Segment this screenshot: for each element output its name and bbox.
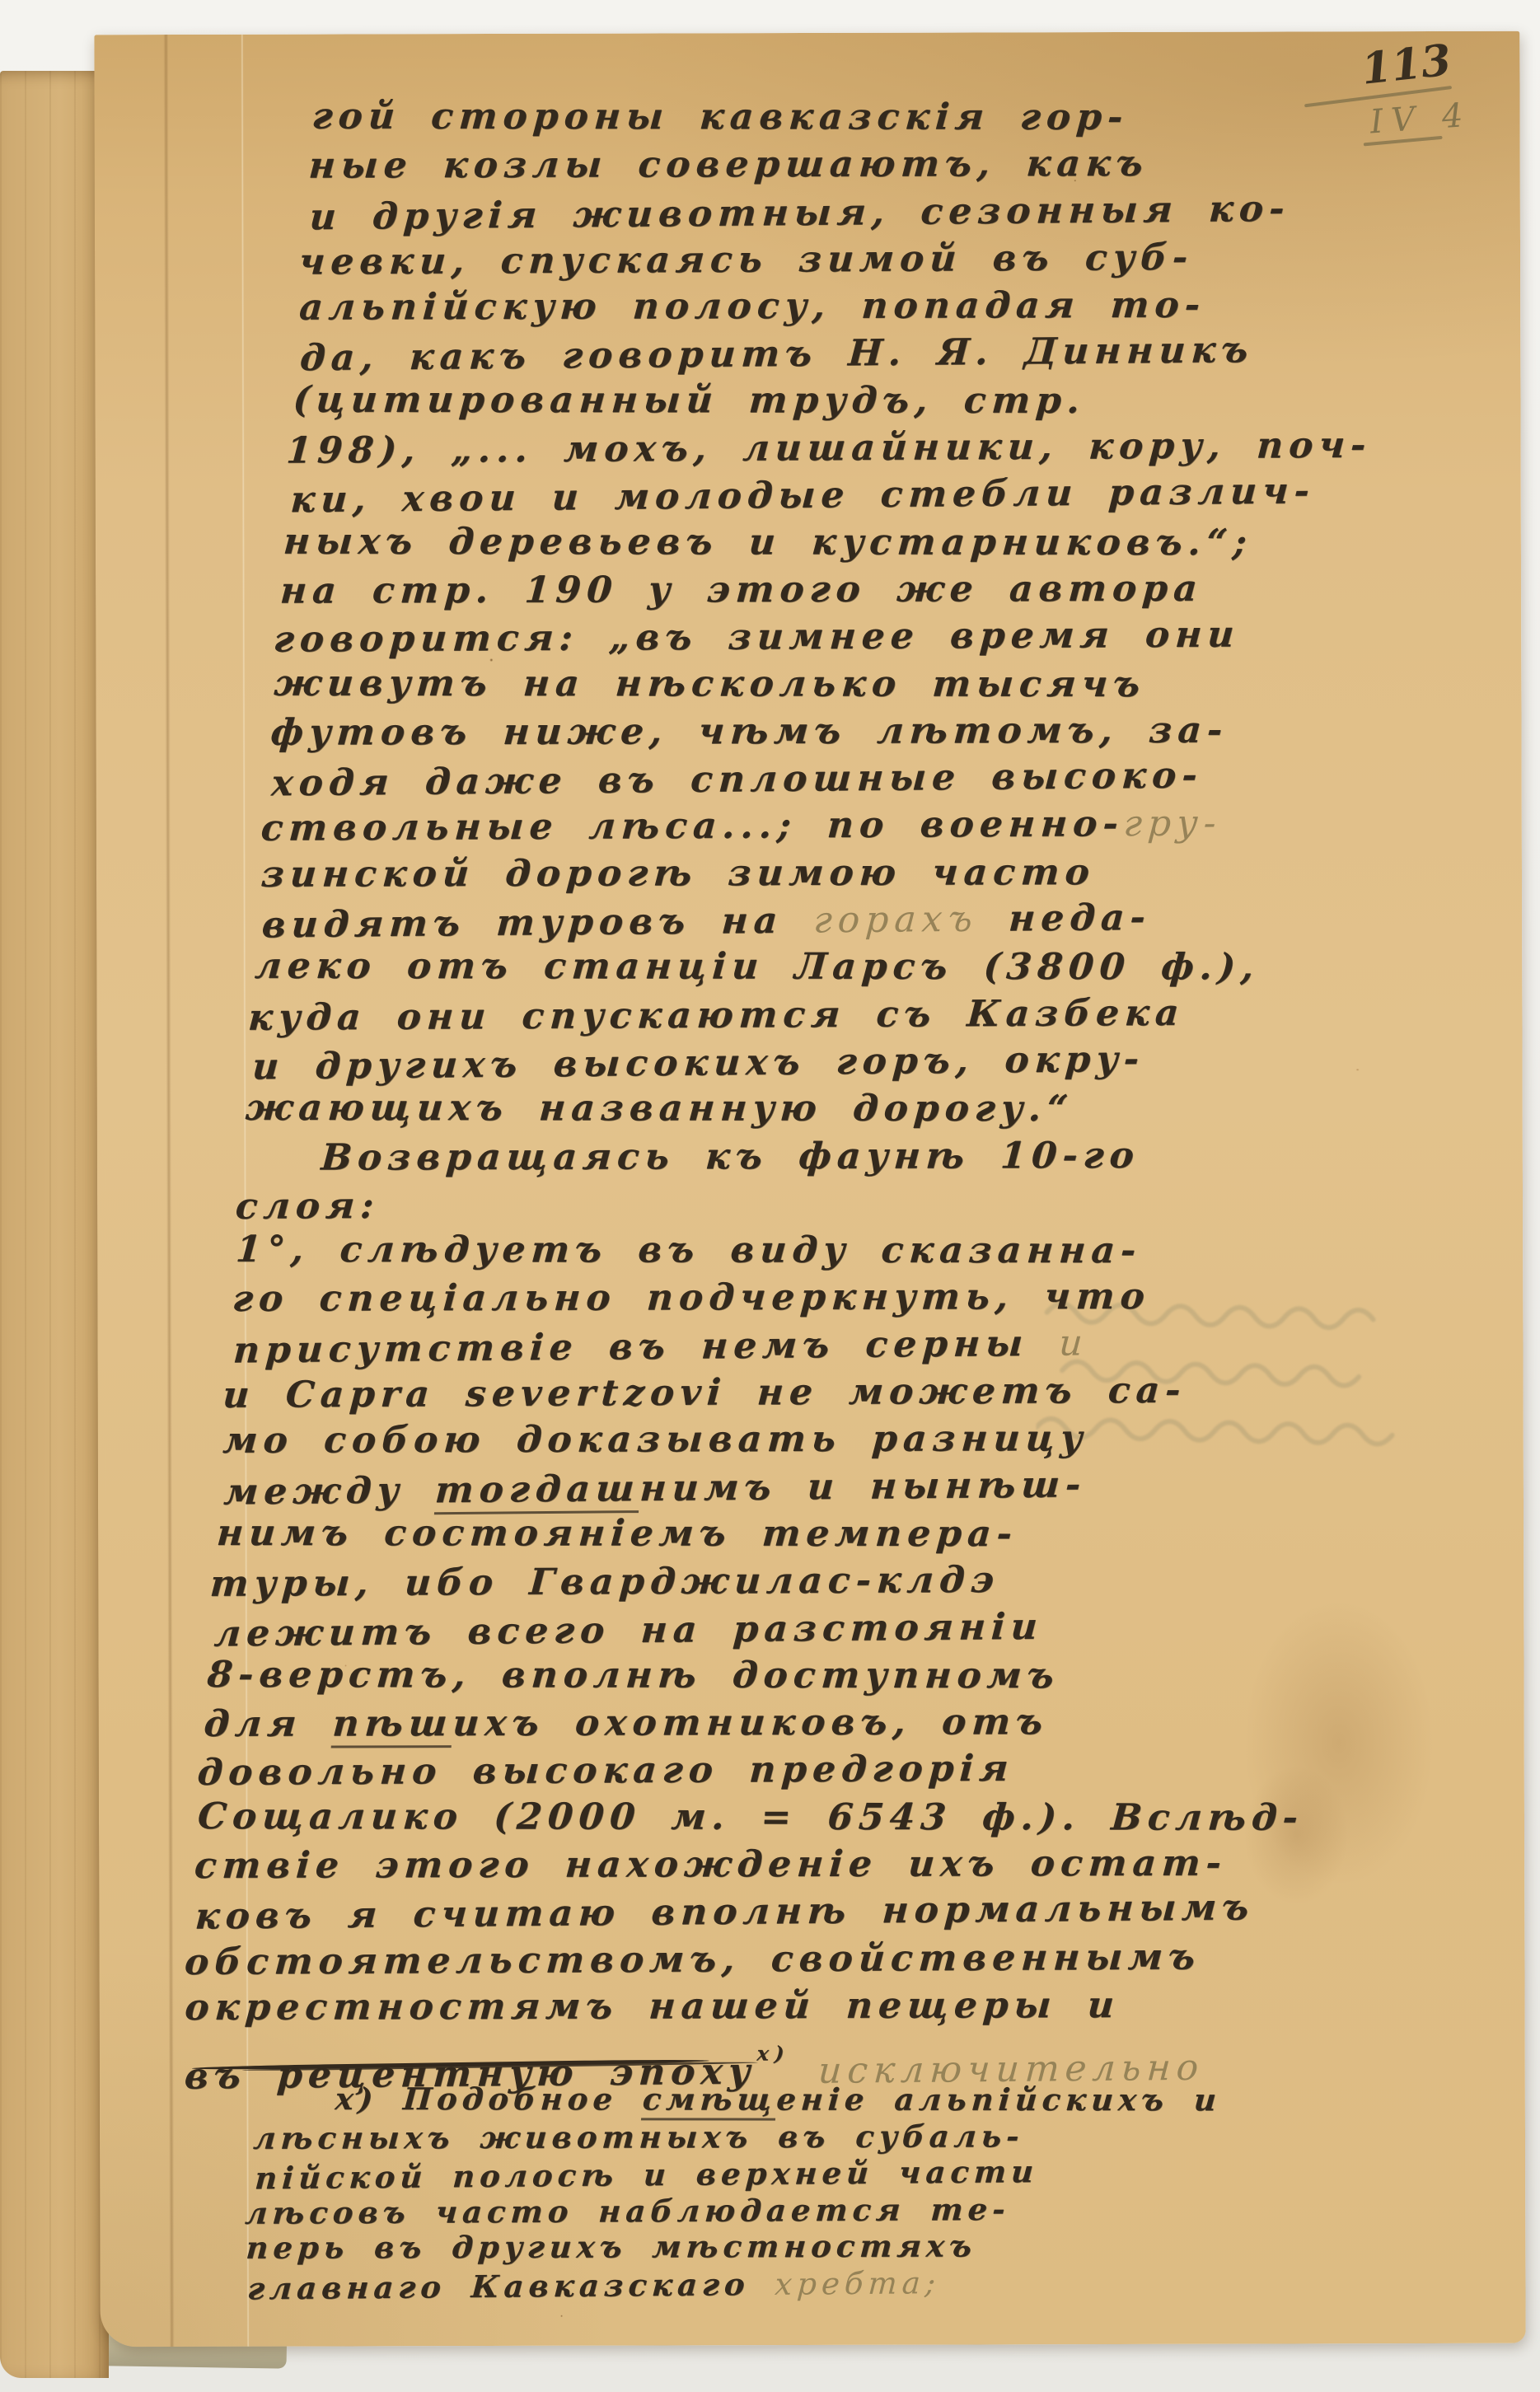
handwritten-line: (цитированный трудъ, стр. bbox=[292, 376, 1526, 424]
ink-text: леко отъ станціи Ларсъ (3800 ф.), bbox=[254, 945, 1261, 988]
handwritten-line: леко отъ станціи Ларсъ (3800 ф.), bbox=[253, 943, 1509, 991]
ink-text: для bbox=[203, 1703, 335, 1745]
handwritten-line: между тогдашнимъ и нынѣш- bbox=[222, 1458, 1478, 1516]
ink-text: го спеціально подчеркнуть, что bbox=[232, 1276, 1152, 1320]
handwritten-line: ныхъ деревьевъ и кустарниковъ.“; bbox=[282, 517, 1525, 566]
ink-text: 8-верстъ, вполнѣ доступномъ bbox=[206, 1654, 1061, 1697]
ink-text: лежитъ всего на разстояніи bbox=[213, 1605, 1044, 1655]
ink-text: Capra severtzovi bbox=[284, 1372, 728, 1416]
handwritten-line: чевки, спускаясь зимой въ суб- bbox=[297, 232, 1525, 286]
ink-text: лѣсныхъ животныхъ въ субаль- bbox=[252, 2118, 1025, 2156]
handwritten-line: Возвращаясь къ фаунѣ 10-го bbox=[241, 1130, 1496, 1181]
manuscript-page: 113 IV 4 гой стороны кавказскія гор-ные … bbox=[94, 31, 1525, 2348]
ink-text: ствіе этого нахожденіе ихъ остат- bbox=[193, 1842, 1228, 1887]
ink-text: на стр. 190 у этого же автора bbox=[279, 568, 1204, 612]
handwritten-line: гой стороны кавказскія гор- bbox=[311, 93, 1526, 142]
ink-text: ходя даже въ сплошные высоко- bbox=[270, 755, 1204, 805]
ink-text: слоя: bbox=[234, 1185, 381, 1228]
ink-text: чевки, спускаясь зимой въ суб- bbox=[297, 236, 1194, 283]
ink-text: тогдаш bbox=[433, 1467, 641, 1514]
handwritten-line: живутъ на нѣсколько тысячъ bbox=[273, 659, 1526, 708]
pencil-text: и bbox=[1058, 1322, 1089, 1364]
handwritten-line: нимъ состояніемъ темпера- bbox=[215, 1510, 1471, 1558]
handwritten-line: ствольные лѣса...; по военно-гру- bbox=[260, 798, 1515, 852]
ink-text: нимъ состояніемъ темпера- bbox=[215, 1512, 1018, 1555]
ink-text: ныхъ деревьевъ и кустарниковъ.“; bbox=[282, 520, 1253, 563]
handwritten-line: ные козлы совершаютъ, какъ bbox=[307, 139, 1526, 190]
ink-text: говорится: „въ зимнее время они bbox=[273, 614, 1242, 661]
ink-text: пійской полосѣ и верхней части bbox=[254, 2153, 1039, 2196]
ink-text: ки, хвои и молодые стебли различ- bbox=[289, 470, 1316, 522]
page-number: 113 bbox=[1359, 35, 1453, 94]
handwritten-line: куда они спускаются съ Казбека bbox=[246, 987, 1502, 1041]
ink-text: 198), „... мохъ, лишайники, кору, поч- bbox=[285, 424, 1373, 472]
handwritten-line: ковъ я считаю вполнѣ нормальнымъ bbox=[194, 1883, 1449, 1941]
handwritten-line: перь въ другихъ мѣстностяхъ bbox=[245, 2226, 1500, 2266]
ink-text: перь въ другихъ мѣстностяхъ bbox=[245, 2227, 977, 2265]
ink-text: и другія животныя, сезонныя ко- bbox=[308, 187, 1291, 237]
handwritten-line: жающихъ названную дорогу.“ bbox=[244, 1084, 1500, 1133]
binding-fold-margin bbox=[0, 71, 109, 2378]
ink-text: обстоятельствомъ, свойственнымъ bbox=[184, 1936, 1202, 1982]
ink-text: пѣш bbox=[331, 1702, 454, 1748]
handwritten-line: и другихъ высокихъ горъ, окру- bbox=[251, 1032, 1507, 1091]
handwritten-line: х) Подобное смѣщеніе альпійскихъ и bbox=[255, 2081, 1510, 2118]
ink-text: ихъ охотниковъ, отъ bbox=[452, 1701, 1050, 1744]
ink-text: лѣсовъ часто наблюдается те- bbox=[244, 2190, 1011, 2231]
handwritten-line: присутствіе въ немъ серны и bbox=[232, 1316, 1487, 1374]
handwritten-line: 8-верстъ, вполнѣ доступномъ bbox=[206, 1651, 1462, 1700]
ink-text: гой стороны кавказскія гор- bbox=[311, 96, 1130, 138]
ink-text: да, какъ говоритъ Н. Я. Динникъ bbox=[299, 330, 1255, 380]
handwritten-line: туры, ибо Гварджилас-клдэ bbox=[208, 1554, 1464, 1608]
handwritten-line: ки, хвои и молодые стебли различ- bbox=[289, 466, 1526, 524]
ink-text: окрестностямъ нашей пещеры и bbox=[184, 1984, 1121, 2029]
footnote-block: х) Подобное смѣщеніе альпійскихъ илѣсных… bbox=[242, 2080, 1510, 2303]
handwritten-line: и другія животныя, сезонныя ко- bbox=[308, 183, 1526, 241]
ink-text: видятъ туровъ на bbox=[260, 900, 815, 947]
handwritten-line: го спеціально подчеркнуть, что bbox=[231, 1272, 1486, 1322]
ink-text: жающихъ названную дорогу.“ bbox=[244, 1087, 1074, 1130]
ink-text: футовъ ниже, чѣмъ лѣтомъ, за- bbox=[269, 709, 1229, 754]
ink-text: смѣщ bbox=[641, 2081, 778, 2120]
ink-text: мо собою доказывать разницу bbox=[222, 1417, 1089, 1462]
main-text-block: гой стороны кавказскія гор-ные козлы сов… bbox=[180, 92, 1526, 2079]
paper-crease bbox=[163, 35, 174, 2347]
ink-text: туры, ибо Гварджилас-клдэ bbox=[208, 1559, 1000, 1605]
ink-text: ные козлы совершаютъ, какъ bbox=[307, 143, 1149, 187]
ink-text: между bbox=[222, 1469, 437, 1513]
ink-text: ковъ я считаю вполнѣ нормальнымъ bbox=[194, 1887, 1255, 1938]
ink-text: альпійскую полосу, попадая то- bbox=[298, 284, 1207, 329]
ink-text: довольно высокаго предгорія bbox=[196, 1748, 1015, 1794]
ink-text: х) bbox=[756, 2041, 791, 2065]
handwritten-line: 1°, слѣдуетъ въ виду сказанна- bbox=[234, 1226, 1490, 1275]
handwritten-line: главнаго Кавказскаго хребта; bbox=[246, 2259, 1501, 2307]
ink-text: еніе альпійскихъ и bbox=[775, 2081, 1223, 2118]
ink-text: живутъ на нѣсколько тысячъ bbox=[273, 662, 1147, 704]
handwritten-line: ствіе этого нахожденіе ихъ остат- bbox=[193, 1839, 1449, 1889]
handwritten-line: альпійскую полосу, попадая то- bbox=[297, 281, 1525, 331]
handwritten-line: для пѣшихъ охотниковъ, отъ bbox=[203, 1697, 1458, 1748]
ink-text: 1°, слѣдуетъ въ виду сказанна- bbox=[235, 1229, 1143, 1271]
handwritten-line: окрестностямъ нашей пещеры и bbox=[184, 1981, 1439, 2031]
scanned-manuscript: 113 IV 4 гой стороны кавказскія гор-ные … bbox=[0, 0, 1540, 2392]
ink-text: и bbox=[222, 1374, 288, 1416]
handwritten-line: на стр. 190 у этого же автора bbox=[279, 564, 1525, 615]
handwritten-line: футовъ ниже, чѣмъ лѣтомъ, за- bbox=[269, 706, 1525, 756]
handwritten-line: слоя: bbox=[234, 1177, 1490, 1230]
handwritten-line: и Capra severtzovi не можетъ са- bbox=[222, 1365, 1477, 1419]
ink-text: главнаго Кавказскаго bbox=[246, 2265, 776, 2306]
handwritten-line: видятъ туровъ на горахъ неда- bbox=[260, 891, 1516, 949]
handwritten-line: довольно высокаго предгорія bbox=[196, 1743, 1452, 1796]
handwritten-line: мо собою доказывать разницу bbox=[222, 1414, 1477, 1464]
ink-text: нимъ и нынѣш- bbox=[639, 1463, 1088, 1510]
ink-text: и другихъ высокихъ горъ, окру- bbox=[251, 1038, 1146, 1088]
pencil-text: горахъ bbox=[812, 898, 979, 942]
handwritten-line: въ рецентную эпохух) исключительно bbox=[185, 2025, 1440, 2083]
ink-text: неда- bbox=[976, 896, 1152, 940]
handwritten-line: лѣсовъ часто наблюдается те- bbox=[244, 2188, 1499, 2231]
ink-text: зинской дорогѣ зимою часто bbox=[260, 851, 1096, 896]
ink-text: х) Подобное bbox=[334, 2081, 644, 2117]
ink-text: ствольные лѣса...; по военно- bbox=[260, 803, 1125, 850]
ink-text: (цитированный трудъ, стр. bbox=[292, 378, 1087, 421]
pencil-text: хребта; bbox=[774, 2265, 941, 2302]
ink-text: куда они спускаются съ Казбека bbox=[247, 991, 1186, 1038]
handwritten-line: лежитъ всего на разстояніи bbox=[213, 1599, 1468, 1658]
handwritten-line: Сощалико (2000 м. = 6543 ф.). Вслѣд- bbox=[196, 1793, 1452, 1842]
pencil-text: гру- bbox=[1122, 803, 1223, 845]
handwritten-line: говорится: „въ зимнее время они bbox=[272, 610, 1525, 663]
handwritten-line: обстоятельствомъ, свойственнымъ bbox=[183, 1932, 1439, 1986]
ink-text: присутствіе въ немъ серны bbox=[232, 1322, 1060, 1371]
ink-text: не можетъ са- bbox=[725, 1369, 1187, 1414]
ink-text: Сощалико (2000 м. = 6543 ф.). Вслѣд- bbox=[196, 1795, 1304, 1839]
handwritten-line: да, какъ говоритъ Н. Я. Динникъ bbox=[298, 324, 1525, 382]
handwritten-line: зинской дорогѣ зимою часто bbox=[260, 848, 1515, 898]
ink-text: Возвращаясь къ фаунѣ 10-го bbox=[320, 1134, 1141, 1178]
